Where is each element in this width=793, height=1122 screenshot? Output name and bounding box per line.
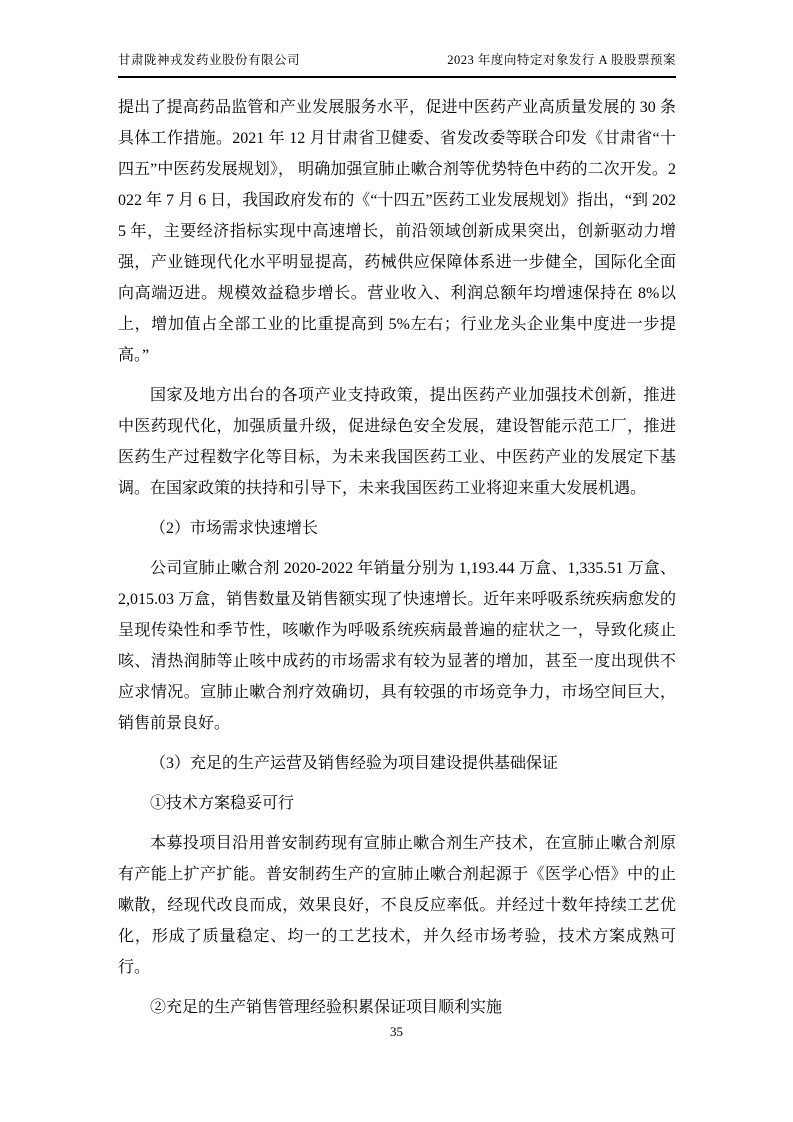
section-heading-production-experience: （3）充足的生产运营及销售经验为项目建设提供基础保证 — [118, 748, 676, 779]
page-number: 35 — [0, 1024, 793, 1040]
company-name: 甘肃陇神戎发药业股份有限公司 — [118, 50, 300, 68]
paragraph-technical-plan-detail: 本募投项目沿用普安制药现有宣肺止嗽合剂生产技术，在宣肺止嗽合剂原有产能上扩产扩能… — [118, 828, 676, 983]
page-content: 甘肃陇神戎发药业股份有限公司 2023 年度向特定对象发行 A 股股票预案 提出… — [118, 50, 676, 1032]
paragraph-sales-growth: 公司宣肺止嗽合剂 2020-2022 年销量分别为 1,193.44 万盒、1,… — [118, 553, 676, 739]
document-body: 提出了提高药品监管和产业发展服务水平，促进中医药产业高质量发展的 30 条具体工… — [118, 92, 676, 1023]
document-title: 2023 年度向特定对象发行 A 股股票预案 — [447, 50, 676, 68]
page-header: 甘肃陇神戎发药业股份有限公司 2023 年度向特定对象发行 A 股股票预案 — [118, 50, 676, 78]
section-heading-management-experience: ②充足的生产销售管理经验积累保证项目顺利实施 — [118, 992, 676, 1023]
document-page: 甘肃陇神戎发药业股份有限公司 2023 年度向特定对象发行 A 股股票预案 提出… — [0, 0, 793, 1122]
section-heading-technical-plan: ①技术方案稳妥可行 — [118, 788, 676, 819]
paragraph-policy-continuation: 提出了提高药品监管和产业发展服务水平，促进中医药产业高质量发展的 30 条具体工… — [118, 92, 676, 371]
section-heading-market-demand: （2）市场需求快速增长 — [118, 513, 676, 544]
paragraph-policy-summary: 国家及地方出台的各项产业支持政策，提出医药产业加强技术创新，推进中医药现代化，加… — [118, 380, 676, 504]
